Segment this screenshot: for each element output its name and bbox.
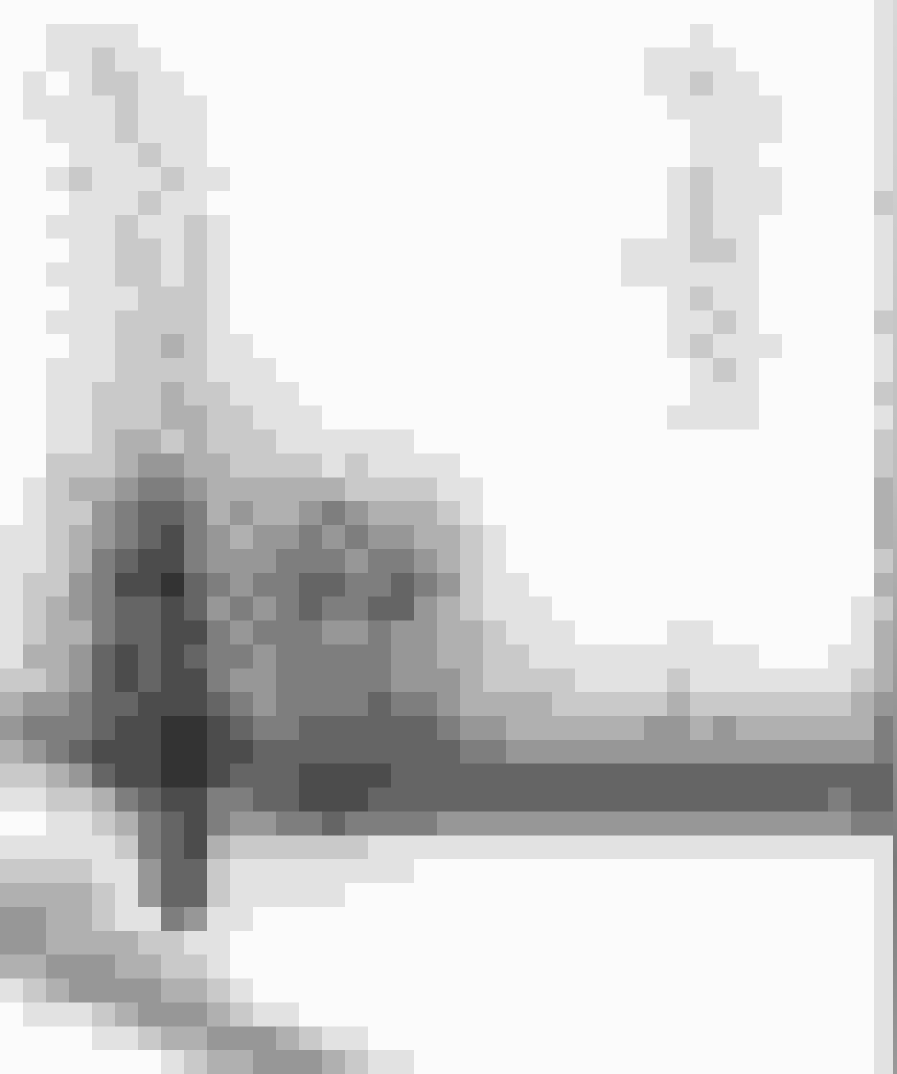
photo-frame [0, 0, 897, 1074]
right-edge-border [893, 0, 897, 1074]
landscape-photo [0, 0, 897, 1074]
